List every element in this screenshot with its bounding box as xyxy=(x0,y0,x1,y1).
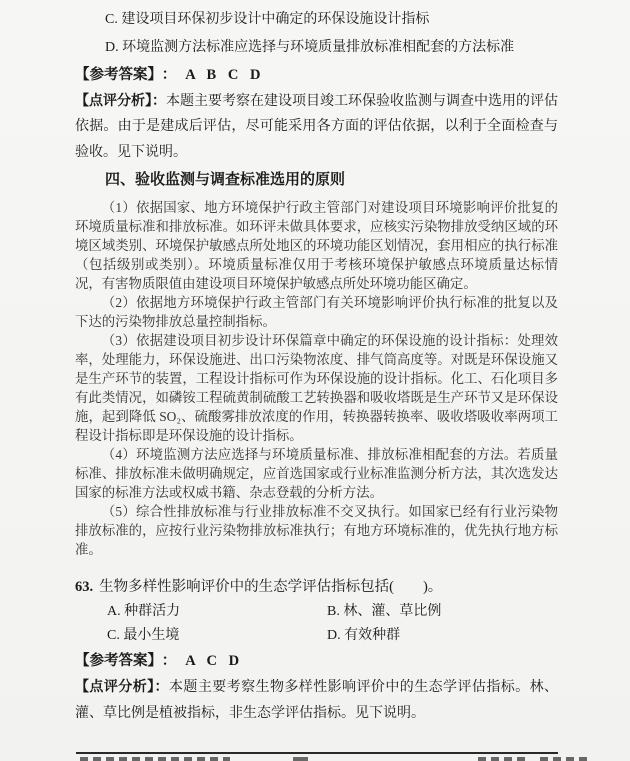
q63-answer-line: 【参考答案】：A C D xyxy=(75,648,558,675)
q63-stem-line: 63.生物多样性影响评价中的生态学评估指标包括( )。 xyxy=(75,574,558,600)
q62-option-d: D. 环境监测方法标准应选择与环境质量排放标准相配套的方法标准 xyxy=(75,34,558,62)
q63-answer-letters: A C D xyxy=(185,653,243,669)
footer-divider xyxy=(76,752,558,754)
q63-number: 63. xyxy=(75,579,93,595)
question-63: 63.生物多样性影响评价中的生态学评估指标包括( )。 A. 种群活力 B. 林… xyxy=(75,574,558,726)
section-paragraph-3: （3）依据建设项目初步设计环保篇章中确定的环保设施的设计指标：处理效率，处理能力… xyxy=(75,331,558,445)
q62-answer-colon: ： xyxy=(162,67,177,83)
q62-answer-label: 【参考答案】 xyxy=(75,67,155,83)
q63-option-a: A. 种群活力 xyxy=(107,600,327,624)
q63-analysis-label: 【点评分析】： xyxy=(75,680,169,695)
footer-right-text-clipped-2 xyxy=(540,757,590,761)
footer-page-number-clipped xyxy=(293,757,308,761)
q63-option-b: B. 林、灌、草比例 xyxy=(327,600,558,624)
section-paragraph-1: （1）依据国家、地方环境保护行政主管部门对建设项目环境影响评价批复的环境质量标准… xyxy=(75,198,558,293)
q62-analysis-label: 【点评分析】： xyxy=(75,94,166,109)
q63-analysis: 【点评分析】：本题主要考察生物多样性影响评价中的生态学评估指标。林、灌、草比例是… xyxy=(75,675,558,726)
q62-answer-letters: A B C D xyxy=(185,67,264,83)
q62-analysis: 【点评分析】：本题主要考察在建设项目竣工环保验收监测与调查中选用的评估依据。由于… xyxy=(75,89,558,165)
section-paragraph-4: （4）环境监测方法应选择与环境质量标准、排放标准相配套的方法。若质量标准、排放标… xyxy=(75,445,558,502)
document-page: C. 建设项目环保初步设计中确定的环保设施设计指标 D. 环境监测方法标准应选择… xyxy=(0,0,630,761)
section-paragraph-2: （2）依据地方环境保护行政主管部门有关环境影响评价执行标准的批复以及下达的污染物… xyxy=(75,293,558,331)
q62-answer-line: 【参考答案】：A B C D xyxy=(75,62,558,89)
page-content: C. 建设项目环保初步设计中确定的环保设施设计指标 D. 环境监测方法标准应选择… xyxy=(75,6,558,726)
q63-option-c: C. 最小生境 xyxy=(107,624,327,648)
section-paragraph-5: （5）综合性排放标准与行业排放标准不交叉执行。如国家已经有行业污染物排放标准的，… xyxy=(75,502,558,559)
footer-left-text-clipped xyxy=(80,757,230,761)
q63-answer-label: 【参考答案】 xyxy=(75,653,155,669)
footer-right-text-clipped-1 xyxy=(478,757,530,761)
q63-stem-text: 生物多样性影响评价中的生态学评估指标包括( )。 xyxy=(99,579,442,595)
section-heading: 四、验收监测与调查标准选用的原则 xyxy=(75,170,558,190)
q63-option-d: D. 有效种群 xyxy=(327,624,558,648)
q63-options: A. 种群活力 B. 林、灌、草比例 C. 最小生境 D. 有效种群 xyxy=(75,600,558,648)
q62-option-c: C. 建设项目环保初步设计中确定的环保设施设计指标 xyxy=(75,6,558,34)
q63-answer-colon: ： xyxy=(162,653,177,669)
